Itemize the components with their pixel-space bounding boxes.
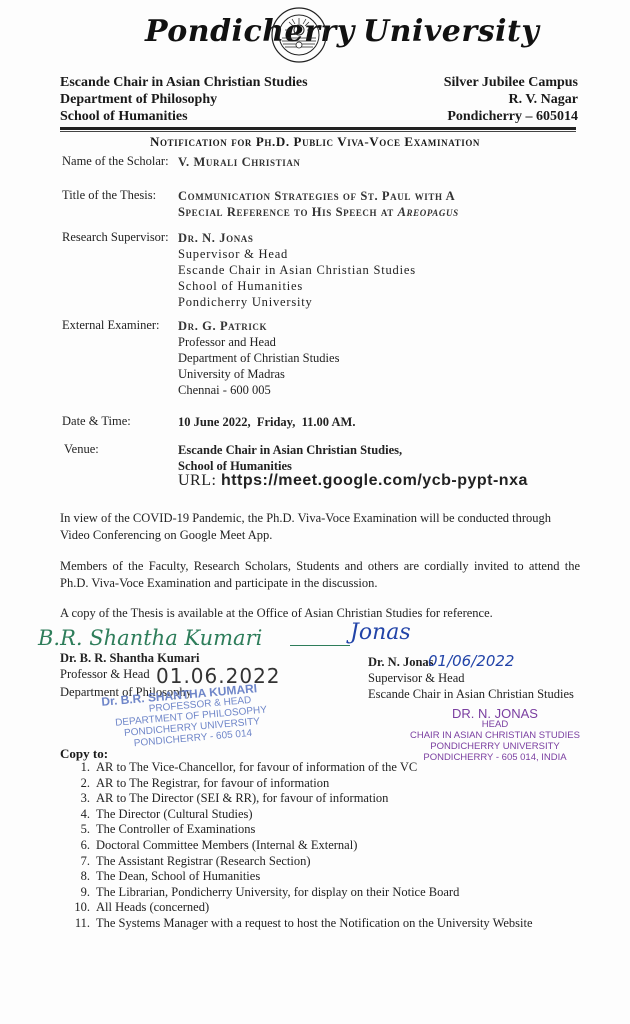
examiner-line: Chennai - 600 005 bbox=[178, 382, 339, 398]
copy-to-item: 10.All Heads (concerned) bbox=[68, 900, 533, 916]
copy-to-item-number: 2. bbox=[68, 776, 90, 792]
copy-to-item-number: 6. bbox=[68, 838, 90, 854]
address-line: Pondicherry – 605014 bbox=[444, 108, 578, 125]
supervisor-line: Supervisor & Head bbox=[178, 246, 416, 262]
copy-to-item-text: AR to The Director (SEI & RR), for favou… bbox=[96, 791, 388, 805]
signature-stroke bbox=[290, 645, 350, 646]
venue-line: Escande Chair in Asian Christian Studies… bbox=[178, 442, 402, 458]
right-signatory-dept: Escande Chair in Asian Christian Studies bbox=[368, 686, 574, 702]
copy-to-item-text: AR to The Vice-Chancellor, for favour of… bbox=[96, 760, 417, 774]
header-divider bbox=[60, 127, 576, 130]
copy-to-item: 6.Doctoral Committee Members (Internal &… bbox=[68, 838, 533, 854]
scholar-name: V. Murali Christian bbox=[178, 154, 301, 170]
copy-to-item-text: AR to The Registrar, for favour of infor… bbox=[96, 776, 329, 790]
university-name-right: University bbox=[363, 14, 539, 49]
left-official-stamp: Dr. B.R. SHANTHA KUMARI PROFESSOR & HEAD… bbox=[93, 683, 269, 753]
signature-left: B.R. Shantha Kumari bbox=[38, 626, 262, 650]
copy-to-item-text: All Heads (concerned) bbox=[96, 900, 209, 914]
thesis-title-text: Special Reference to His Speech at bbox=[178, 205, 398, 219]
copy-to-item-number: 1. bbox=[68, 760, 90, 776]
copy-to-item-text: The Assistant Registrar (Research Sectio… bbox=[96, 854, 311, 868]
supervisor-line: Escande Chair in Asian Christian Studies bbox=[178, 262, 416, 278]
scholar-label: Name of the Scholar: bbox=[62, 154, 169, 169]
copy-to-item-text: The Dean, School of Humanities bbox=[96, 869, 260, 883]
examiner-block: Dr. G. Patrick Professor and Head Depart… bbox=[178, 318, 339, 398]
thesis-title-line-1: Communication Strategies of St. Paul wit… bbox=[178, 188, 459, 204]
stamp-line: DR. N. JONAS bbox=[410, 708, 580, 719]
thesis-title-italic: Areopagus bbox=[398, 205, 459, 219]
meeting-url-link[interactable]: https://meet.google.com/ycb-pypt-nxa bbox=[221, 472, 528, 489]
meeting-url-line: URL: https://meet.google.com/ycb-pypt-nx… bbox=[178, 472, 528, 490]
signature-right: Jonas bbox=[350, 620, 411, 645]
copy-to-item-text: The Controller of Examinations bbox=[96, 822, 255, 836]
copy-to-item: 5.The Controller of Examinations bbox=[68, 822, 533, 838]
copy-to-item-number: 3. bbox=[68, 791, 90, 807]
datetime-label: Date & Time: bbox=[62, 414, 131, 429]
header-divider-thin bbox=[60, 131, 576, 132]
datetime-value: 10 June 2022, Friday, 11.00 AM. bbox=[178, 414, 355, 430]
right-official-stamp: DR. N. JONAS HEAD CHAIR IN ASIAN CHRISTI… bbox=[410, 708, 580, 763]
supervisor-block: Dr. N. Jonas Supervisor & Head Escande C… bbox=[178, 230, 416, 310]
url-label: URL: bbox=[178, 472, 221, 489]
examiner-line: Department of Christian Studies bbox=[178, 350, 339, 366]
thesis-title-line-2: Special Reference to His Speech at Areop… bbox=[178, 204, 459, 220]
copy-to-item: 4.The Director (Cultural Studies) bbox=[68, 807, 533, 823]
examiner-line: University of Madras bbox=[178, 366, 339, 382]
copy-to-item-text: Doctoral Committee Members (Internal & E… bbox=[96, 838, 357, 852]
copy-to-item: 9.The Librarian, Pondicherry University,… bbox=[68, 885, 533, 901]
copy-to-item: 8.The Dean, School of Humanities bbox=[68, 869, 533, 885]
copy-to-item-number: 10. bbox=[68, 900, 90, 916]
campus-address-block: Silver Jubilee Campus R. V. Nagar Pondic… bbox=[444, 74, 578, 125]
copy-to-list: 1.AR to The Vice-Chancellor, for favour … bbox=[68, 760, 533, 932]
department-line: Escande Chair in Asian Christian Studies bbox=[60, 74, 308, 91]
copy-to-item: 1.AR to The Vice-Chancellor, for favour … bbox=[68, 760, 533, 776]
thesis-title: Communication Strategies of St. Paul wit… bbox=[178, 188, 459, 220]
copy-to-item: 3.AR to The Director (SEI & RR), for fav… bbox=[68, 791, 533, 807]
copy-to-item-number: 5. bbox=[68, 822, 90, 838]
university-seal-icon bbox=[270, 6, 328, 64]
examiner-name: Dr. G. Patrick bbox=[178, 318, 339, 334]
copy-to-item-number: 4. bbox=[68, 807, 90, 823]
examiner-label: External Examiner: bbox=[62, 318, 160, 333]
supervisor-line: School of Humanities bbox=[178, 278, 416, 294]
supervisor-name: Dr. N. Jonas bbox=[178, 230, 416, 246]
address-line: Silver Jubilee Campus bbox=[444, 74, 578, 91]
right-signature-date: 01/06/2022 bbox=[428, 652, 514, 670]
department-line: Department of Philosophy bbox=[60, 91, 308, 108]
department-line: School of Humanities bbox=[60, 108, 308, 125]
copy-to-item-text: The Director (Cultural Studies) bbox=[96, 807, 253, 821]
copy-to-item-number: 8. bbox=[68, 869, 90, 885]
venue-label: Venue: bbox=[64, 442, 99, 457]
stamp-line: PONDICHERRY UNIVERSITY bbox=[410, 741, 580, 752]
copy-to-item: 7.The Assistant Registrar (Research Sect… bbox=[68, 854, 533, 870]
stamp-line: HEAD bbox=[410, 719, 580, 730]
covid-paragraph: In view of the COVID-19 Pandemic, the Ph… bbox=[60, 510, 580, 544]
supervisor-line: Pondicherry University bbox=[178, 294, 416, 310]
thesis-copy-paragraph: A copy of the Thesis is available at the… bbox=[60, 605, 580, 622]
department-address-block: Escande Chair in Asian Christian Studies… bbox=[60, 74, 308, 125]
address-line: R. V. Nagar bbox=[444, 91, 578, 108]
copy-to-item: 11.The Systems Manager with a request to… bbox=[68, 916, 533, 932]
copy-to-item: 2.AR to The Registrar, for favour of inf… bbox=[68, 776, 533, 792]
thesis-label: Title of the Thesis: bbox=[62, 188, 156, 203]
right-signatory-title: Supervisor & Head bbox=[368, 670, 574, 686]
notice-title: Notification for Ph.D. Public Viva-Voce … bbox=[0, 134, 630, 150]
examiner-line: Professor and Head bbox=[178, 334, 339, 350]
venue-block: Escande Chair in Asian Christian Studies… bbox=[178, 442, 402, 474]
copy-to-item-text: The Systems Manager with a request to ho… bbox=[96, 916, 533, 930]
copy-to-item-number: 7. bbox=[68, 854, 90, 870]
copy-to-item-number: 9. bbox=[68, 885, 90, 901]
stamp-line: CHAIR IN ASIAN CHRISTIAN STUDIES bbox=[410, 730, 580, 741]
supervisor-label: Research Supervisor: bbox=[62, 230, 169, 245]
copy-to-item-text: The Librarian, Pondicherry University, f… bbox=[96, 885, 459, 899]
copy-to-item-number: 11. bbox=[68, 916, 90, 932]
invitation-paragraph: Members of the Faculty, Research Scholar… bbox=[60, 558, 580, 592]
